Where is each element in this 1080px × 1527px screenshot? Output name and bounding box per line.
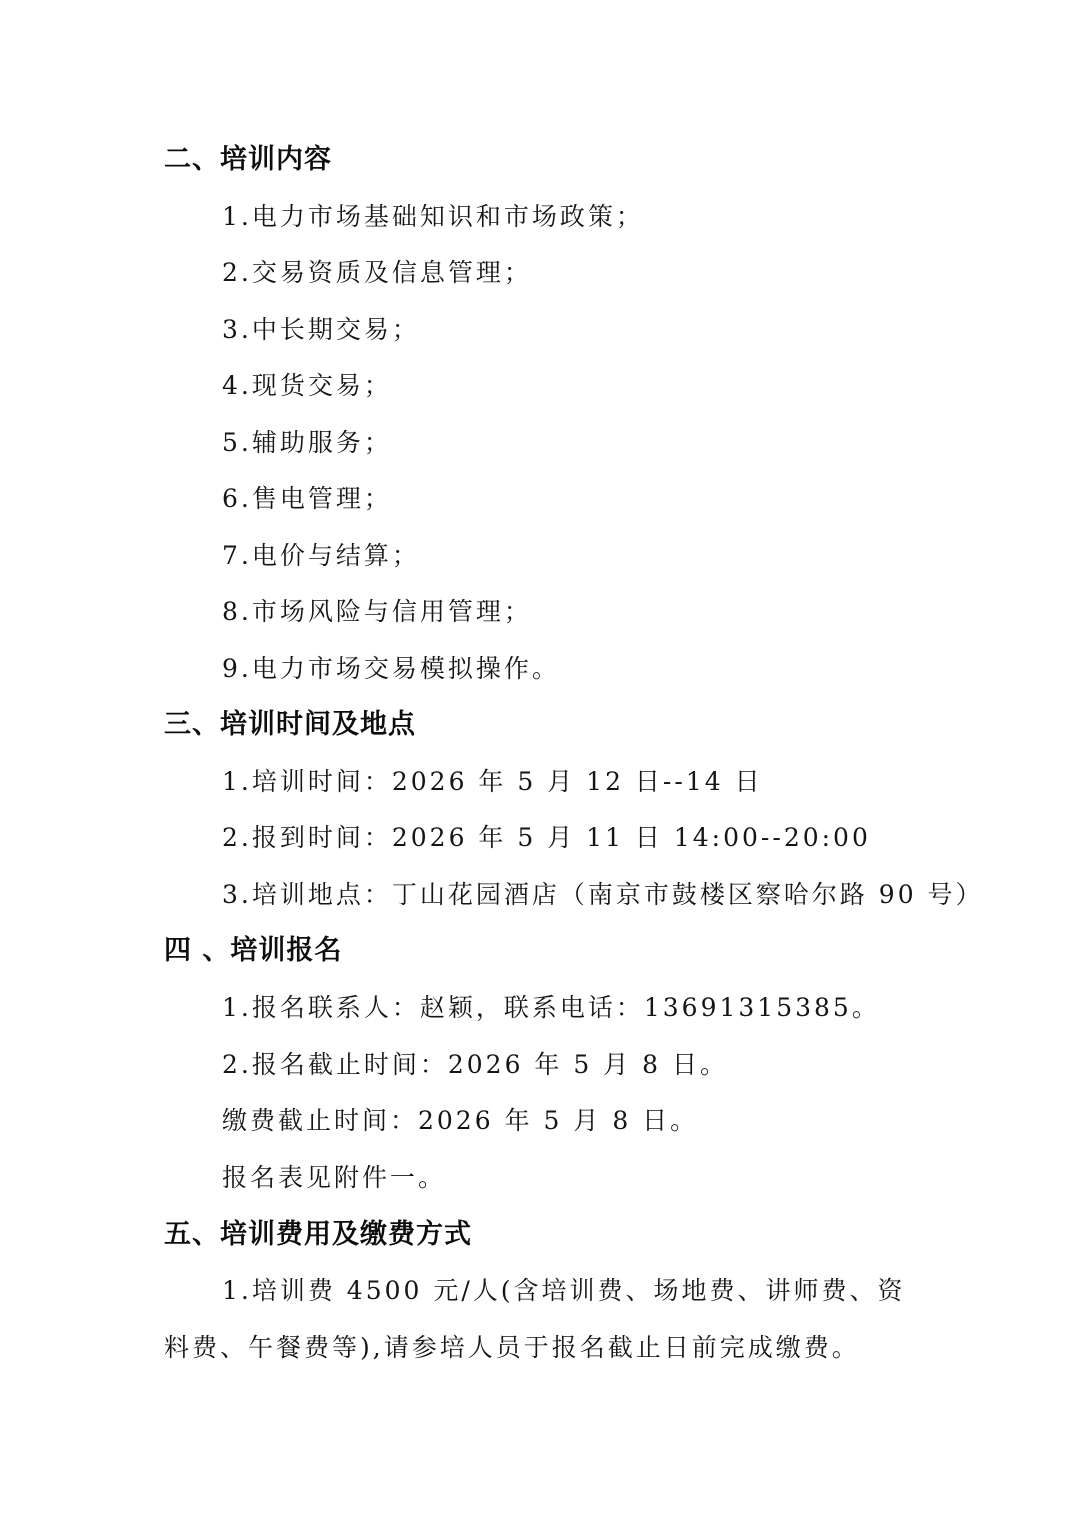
- list-item: 9.电力市场交易模拟操作。: [222, 652, 560, 686]
- list-item: 4.现货交易；: [222, 369, 392, 403]
- document-page: 二、培训内容 1.电力市场基础知识和市场政策； 2.交易资质及信息管理； 3.中…: [0, 0, 1080, 1527]
- list-item: 7.电价与结算；: [222, 539, 420, 573]
- list-item: 1.电力市场基础知识和市场政策；: [222, 200, 644, 234]
- section-heading-time-location: 三、培训时间及地点: [164, 708, 416, 742]
- section-heading-registration: 四 、培训报名: [164, 934, 342, 968]
- registration-form-note: 报名表见附件一。: [222, 1161, 446, 1195]
- training-time: 1.培训时间：2026 年 5 月 12 日--14 日: [222, 765, 763, 799]
- payment-deadline: 缴费截止时间：2026 年 5 月 8 日。: [222, 1104, 698, 1138]
- section-heading-training-content: 二、培训内容: [164, 143, 332, 177]
- check-in-time: 2.报到时间：2026 年 5 月 11 日 14:00--20:00: [222, 821, 871, 855]
- registration-deadline: 2.报名截止时间：2026 年 5 月 8 日。: [222, 1048, 728, 1082]
- list-item: 3.中长期交易；: [222, 313, 420, 347]
- fee-description: 1.培训费 4500 元/人(含培训费、场地费、讲师费、资: [222, 1274, 906, 1308]
- list-item: 6.售电管理；: [222, 482, 392, 516]
- list-item: 8.市场风险与信用管理；: [222, 595, 532, 629]
- registration-contact: 1.报名联系人：赵颖，联系电话：13691315385。: [222, 991, 880, 1025]
- fee-description-continued: 料费、午餐费等),请参培人员于报名截止日前完成缴费。: [164, 1331, 860, 1365]
- list-item: 5.辅助服务；: [222, 426, 392, 460]
- training-location: 3.培训地点：丁山花园酒店（南京市鼓楼区察哈尔路 90 号）: [222, 878, 984, 912]
- list-item: 2.交易资质及信息管理；: [222, 256, 532, 290]
- section-heading-fees: 五、培训费用及缴费方式: [164, 1218, 472, 1252]
